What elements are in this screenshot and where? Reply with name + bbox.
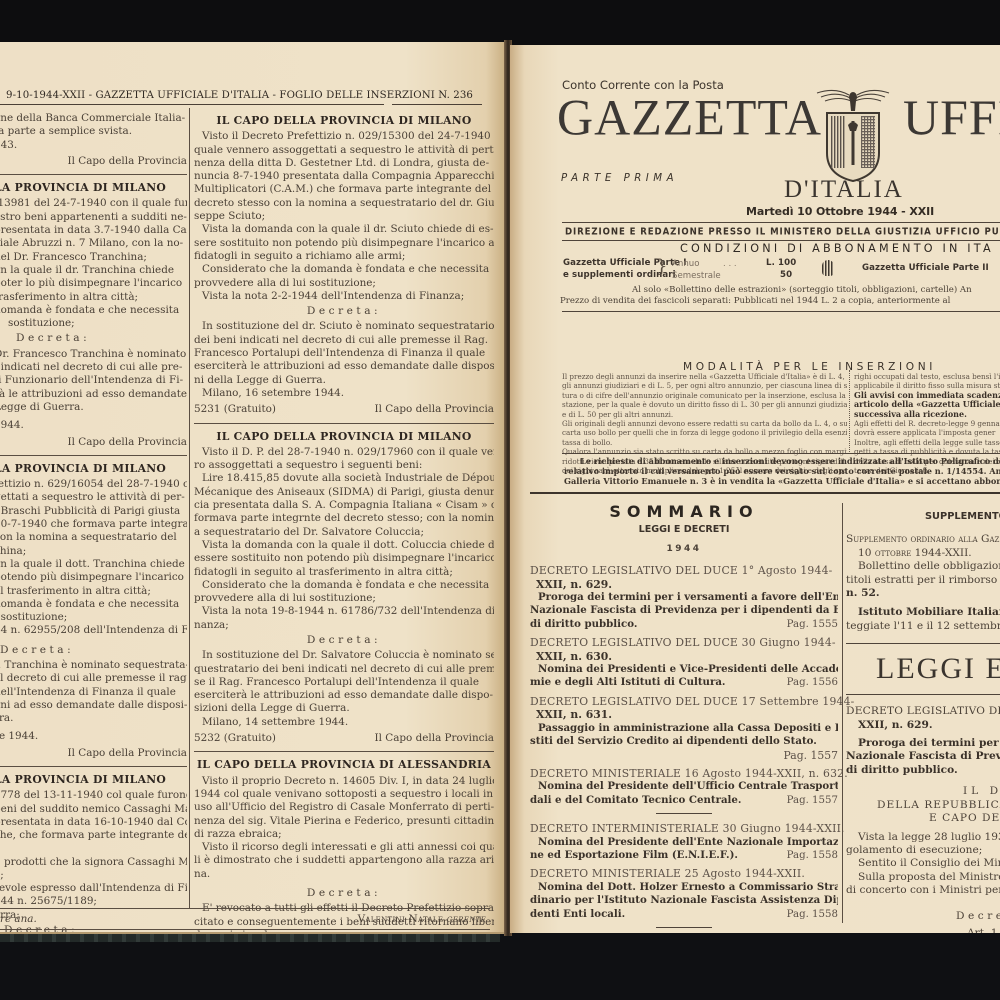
text-line: ro assoggettati a sequestro i seguenti b… xyxy=(194,459,494,472)
signature-row: Il Capo della Provincia xyxy=(0,747,187,760)
text-line: Supplemento ordinario alla Gaz xyxy=(846,533,1000,546)
text-line: 10-7-1940 che formava parte integran- xyxy=(0,518,187,531)
entry-last-line: mie e degli Alti Istituti di Cultura.Pag… xyxy=(530,676,838,689)
text-line: /13981 del 24-7-1940 con il quale furo- xyxy=(0,197,187,210)
text-line: ni della Legge di Guerra. xyxy=(194,374,494,387)
text-line: gettati a sequestro le attività di per- xyxy=(0,491,187,504)
notice-title: LA PROVINCIA DI MILANO xyxy=(0,462,187,475)
text-line: Inoltre, agli effetti della legge sulle … xyxy=(854,438,1000,447)
section-rule xyxy=(562,453,1000,454)
decreta-heading: Decreta: xyxy=(0,644,187,657)
text-line: di concerto con i Ministri per le xyxy=(846,884,1000,897)
semester-label: Semestrale xyxy=(672,271,721,281)
price-line: Prezzo di vendita dei fascicoli separati… xyxy=(560,296,950,306)
text-line: quale vennero assoggettati a sequestro l… xyxy=(194,144,494,157)
text-line: Vista la nota 2-2-1944 dell'Intendenza d… xyxy=(194,290,494,303)
left-column-b: IL CAPO DELLA PROVINCIA DI MILANO Visto … xyxy=(194,108,494,934)
text-line: Multiplicatori (C.A.M.) che formava part… xyxy=(194,183,494,196)
left-page: 9-10-1944-XXII - GAZZETTA UFFICIALE D'IT… xyxy=(0,42,506,934)
text-line: Le richieste di abbonamento e inserzioni… xyxy=(564,456,1000,466)
signature-row: Il Capo della Provincia xyxy=(0,436,187,449)
entry-heading: DECRETO MINISTERIALE 16 Agosto 1944-XXII… xyxy=(530,767,838,780)
laws-heading: LEGGI E D xyxy=(876,654,1000,684)
footer-rule xyxy=(0,929,42,930)
text-line: dovrà essere applicata l'imposta gener xyxy=(854,428,1000,437)
text-line: i indicati nel decreto di cui alle pre- xyxy=(0,361,187,374)
page-reference: Pag. 1558 xyxy=(787,908,838,921)
signature-row: Il Capo della Provincia xyxy=(0,155,187,168)
institute-name: Istituto Mobiliare Italiano: xyxy=(858,606,1000,618)
text-line: 943. xyxy=(0,139,187,152)
page-reference: Pag. 1557 xyxy=(530,749,838,762)
entry-number: XXII, n. 631. xyxy=(530,708,838,721)
entry-last-line: denti Enti locali.Pag. 1558 xyxy=(530,908,838,921)
text-line: Lire 18.415,85 dovute alla società Indus… xyxy=(194,472,494,485)
text-line: Vista la legge 28 luglio 1939-XV xyxy=(846,831,1000,844)
text-line: e di L. 50 per gli altri annunzi. xyxy=(562,410,847,419)
text-line: Galleria Vittorio Emanuele n. 3 è in ven… xyxy=(564,476,1000,486)
entry-text: Nomina del Presidente dell'Ufficio Centr… xyxy=(530,780,838,793)
section-rule xyxy=(846,643,1000,644)
entry-text: dinario per l'Istituto Nazionale Fascist… xyxy=(530,894,838,907)
entry-text: stiti del Servizio Credito ai dipendenti… xyxy=(530,735,838,748)
notice-date: Milano, 16 setembre 1944. xyxy=(194,387,494,400)
text-line: 1944 col quale venivano sottoposti a seq… xyxy=(194,788,494,801)
section-rule xyxy=(530,492,1000,494)
text-line: one della Banca Commerciale Italia- xyxy=(0,112,187,125)
footer-rule xyxy=(44,929,490,930)
semester-price: 50 xyxy=(780,270,792,280)
text-line: titoli estratti per il rimborso e xyxy=(846,574,1000,587)
text-line: nenza del sig. Vitale Pierina e Federico… xyxy=(194,815,494,828)
text-line: che, che formava parte integrante del xyxy=(0,829,187,842)
text-line: Sulla proposta del Ministro pe xyxy=(846,871,1000,884)
text-line: sizioni della Legge di Guerra. xyxy=(194,702,494,715)
toc-section: LEGGI E DECRETI xyxy=(530,523,838,536)
notice-date: re 1944. xyxy=(0,730,187,743)
text-line: estro beni appartenenti a sudditi ne- xyxy=(0,211,187,224)
column-divider xyxy=(842,503,843,923)
text-line: Vista la domanda con la quale il dott. C… xyxy=(194,539,494,552)
left-column-a: one della Banca Commerciale Italia- ta p… xyxy=(0,112,187,934)
fasces-icon xyxy=(822,260,834,276)
entry-last-line: ne ed Esportazione Film (E.N.I.E.F.).Pag… xyxy=(530,849,838,862)
text-line: Nazionale Fascista di Previdenza xyxy=(846,750,1000,763)
entry-text: Nomina del Dott. Holzer Ernesto a Commis… xyxy=(530,881,838,894)
text-line: Considerato che la domanda è fondata e c… xyxy=(194,579,494,592)
text-line: r. Tranchina è nominato sequestrata- xyxy=(0,659,187,672)
text-line: viale Abruzzi n. 7 Milano, con la no- xyxy=(0,237,187,250)
table-of-contents: SOMMARIO LEGGI E DECRETI 1944 DECRETO LE… xyxy=(530,500,838,933)
text-line: In sostituzione del Dr. Salvatore Colucc… xyxy=(194,649,494,662)
text-line: oni ad esso demandate dalle disposi- xyxy=(0,699,187,712)
text-line: dell'Intendenza di Finanza il quale xyxy=(0,686,187,699)
text-line: fidatogli in seguito al trasferimento in… xyxy=(194,566,494,579)
decreta-heading: Decreta: xyxy=(194,634,494,647)
text-line: Visto il Decreto Prefettizio n. 029/1530… xyxy=(194,130,494,143)
article-number: Art. 1. xyxy=(967,927,1000,933)
text-line: rra. xyxy=(0,712,187,725)
text-line: del Dr. Francesco Tranchina; xyxy=(0,251,187,264)
il-duce-heading: IL DU xyxy=(963,785,1000,798)
short-separator xyxy=(656,813,712,814)
subscription-title: CONDIZIONI DI ABBONAMENTO IN ITA xyxy=(680,242,994,255)
text-line: sostituzione; xyxy=(0,317,187,330)
signature-row: 5231 (Gratuito) Il Capo della Provincia xyxy=(194,403,494,416)
text-line: on la quale il dott. Tranchina chiede xyxy=(0,558,187,571)
toc-entry[interactable]: DECRETO LEGISLATIVO DEL DUCE 30 Giugno 1… xyxy=(530,636,838,690)
toc-entry[interactable]: DECRETO INTERMINISTERIALE 30 Giugno 1944… xyxy=(530,822,838,862)
text-line: golamento di esecuzione; xyxy=(846,844,1000,857)
text-line: rà le attribuzioni ad esso demandate xyxy=(0,388,187,401)
text-line: relativo importo il cui versamento può e… xyxy=(564,466,1000,476)
text-line: prodotti che la signora Cassaghi Ma- xyxy=(0,856,187,869)
text-line: Agli effetti del R. decreto-legge 9 genn… xyxy=(854,419,1000,428)
entry-text: di diritto pubblico. xyxy=(530,618,637,631)
text-line: domanda è fondata e che necessita xyxy=(0,598,187,611)
running-head-rule xyxy=(392,104,482,105)
text-line: dei beni indicati nel decreto di cui all… xyxy=(194,334,494,347)
decreta-heading: Decreta: xyxy=(194,887,494,900)
text-line xyxy=(0,843,187,856)
text-line: decreto stesso con la nomina a sequestra… xyxy=(194,197,494,210)
separator xyxy=(0,455,187,456)
leader-dots: . . . xyxy=(723,259,737,269)
notice-title: LA PROVINCIA DI MILANO xyxy=(0,181,187,194)
text-line: domanda è fondata e che necessita xyxy=(0,304,187,317)
text-line: nenza della ditta D. Gestetner Ltd. di L… xyxy=(194,157,494,170)
text-line: n. 52. xyxy=(846,587,1000,600)
subscription-requests-notice: Le richieste di abbonamento e inserzioni… xyxy=(564,456,1000,487)
entry-number: XXII, n. 629. xyxy=(530,578,838,591)
text-line: ta parte a semplice svista. xyxy=(0,125,187,138)
entry-heading: DECRETO LEGISLATIVO DEL DUCE 1° Agosto 1… xyxy=(530,564,838,577)
text-line: fettizio n. 629/16054 del 28-7-1940 con xyxy=(0,478,187,491)
text-line: poter lo più disimpegnare l'incarico xyxy=(0,277,187,290)
entry-number: XXII, n. 630. xyxy=(530,650,838,663)
text-line: el decreto di cui alle premesse il rag. xyxy=(0,672,187,685)
text-line: ti Funzionario dell'Intendenza di Fi- xyxy=(0,374,187,387)
page-reference: Pag. 1556 xyxy=(787,676,838,689)
text-line: 6778 del 13-11-1940 col quale furono as- xyxy=(0,789,187,802)
entry-text: Nomina dei Presidenti e Vice-Presidenti … xyxy=(530,663,838,676)
entry-text: Nazionale Fascista di Previdenza per i d… xyxy=(530,604,838,617)
signature: Il Capo della Provincia xyxy=(68,436,187,449)
text-line: seppe Sciuto; xyxy=(194,210,494,223)
entry-text: Nomina del Presidente dell'Ente Nazional… xyxy=(530,836,838,849)
text-line: righi occupati dal testo, esclusa bensì … xyxy=(854,372,1000,381)
signature: Il Capo della Provincia xyxy=(68,155,187,168)
insertions-divider xyxy=(849,370,850,452)
entry-text: ne ed Esportazione Film (E.N.I.E.F.). xyxy=(530,849,738,862)
entry-text: dali e del Comitato Tecnico Centrale. xyxy=(530,794,741,807)
footer-rule xyxy=(0,908,490,909)
running-head-rule xyxy=(0,104,384,105)
text-line: uso all'Ufficio del Registro di Casale M… xyxy=(194,801,494,814)
section-rule xyxy=(562,240,1000,241)
text-line: trasferimento in altra città; xyxy=(0,291,187,304)
notice-title: IL CAPO DELLA PROVINCIA DI MILANO xyxy=(194,430,494,443)
text-line: provvedere alla di lui sostituzione; xyxy=(194,277,494,290)
text-line: china; xyxy=(0,545,187,558)
entry-text: Proroga dei termini per i versamenti a f… xyxy=(530,591,838,604)
republic-heading: DELLA REPUBBLICA SO xyxy=(877,799,1000,812)
toc-entry[interactable]: DECRETO LEGISLATIVO DEL DUCE 1° Agosto 1… xyxy=(530,564,838,631)
text-line: na. xyxy=(194,868,494,881)
entry-heading: DECRETO LEGISLATIVO DEL DUCE 30 Giugno 1… xyxy=(530,636,838,649)
footer-fragment: re ana. xyxy=(0,913,37,925)
text-line: presentata in data 16-10-1940 dal Con- xyxy=(0,816,187,829)
gerente-credit: Valentini Natale gerente xyxy=(358,913,486,925)
coat-of-arms-icon xyxy=(813,83,893,183)
separator xyxy=(0,174,187,175)
right-page: Conto Corrente con la Posta GAZZETTA UFF… xyxy=(510,45,1000,933)
text-line: successiva alla ricezione. xyxy=(854,410,1000,419)
text-line: beni del suddito nemico Cassaghi Ma- xyxy=(0,803,187,816)
issue-date: Martedì 10 Ottobre 1944 - XXII xyxy=(746,205,934,218)
text-line: sere sostituito non potendo più disimpeg… xyxy=(194,237,494,250)
insertion-number: 5232 (Gratuito) xyxy=(194,732,276,745)
text-line: 44 n. 62955/208 dell'Intendenza di Fi- xyxy=(0,624,187,637)
part-label: PARTE PRIMA xyxy=(561,173,678,184)
text-line: Legge di Guerra. xyxy=(0,401,187,414)
text-line: In sostituzione del dr. Sciuto è nominat… xyxy=(194,320,494,333)
text-line: provvedere alla di lui sostituzione; xyxy=(194,592,494,605)
head-of-government-heading: E CAPO DEL G xyxy=(929,812,1000,825)
right-column: SUPPLEMENTO Supplemento ordinario alla G… xyxy=(846,500,1000,933)
direction-line: DIREZIONE E REDAZIONE PRESSO IL MINISTER… xyxy=(565,226,1000,238)
entry-text: Passaggio in amministrazione alla Cassa … xyxy=(530,722,838,735)
text-line: gli annunzi giudiziari e di L. 5, per og… xyxy=(562,381,847,390)
text-line: li è dimostrato che i suddetti apparteng… xyxy=(194,854,494,867)
toc-title: SOMMARIO xyxy=(530,505,838,518)
toc-year: 1944 xyxy=(530,543,838,556)
entry-heading: DECRETO MINISTERIALE 25 Agosto 1944-XXII… xyxy=(530,867,838,880)
text-line: Visto il D. P. del 28-7-1940 n. 029/1796… xyxy=(194,446,494,459)
signature-row: 5232 (Gratuito) Il Capo della Provincia xyxy=(194,732,494,745)
separator xyxy=(194,423,494,424)
text-line: nanza; xyxy=(194,619,494,632)
subscription-label: Gazzetta Ufficiale Parte I xyxy=(563,258,687,268)
masthead-subtitle: D'ITALIA xyxy=(784,176,904,204)
text-line: nuncia 8-7-1940 presentata dalla Compagn… xyxy=(194,170,494,183)
text-line: teggiate l'11 e il 12 settembre 1 xyxy=(846,620,1000,633)
text-line: cia presentata dalla S. A. Compagnia Ita… xyxy=(194,499,494,512)
text-line: presentata in data 3.7-1940 dalla Casa xyxy=(0,224,187,237)
text-line: Vista la domanda con la quale il dr. Sci… xyxy=(194,223,494,236)
text-line: Bollettino delle obbligazioni, xyxy=(846,560,1000,573)
text-line: Proroga dei termini per i ver xyxy=(846,737,1000,750)
text-line: Mécanique des Aniseaux (SIDMA) di Parigi… xyxy=(194,486,494,499)
text-line: eserciterà le attribuzioni ad esso deman… xyxy=(194,689,494,702)
masthead-title-continued: UFFI xyxy=(903,92,1000,142)
separator xyxy=(194,751,494,752)
text-line: Considerato che la domanda è fondata e c… xyxy=(194,263,494,276)
text-line: tura o di cifre dell'annunzio originale … xyxy=(562,391,847,400)
text-line: eserciterà le attribuzioni ad esso deman… xyxy=(194,360,494,373)
text-line: al trasferimento in altra città; xyxy=(0,585,187,598)
text-line: questratario dei beni indicati nel decre… xyxy=(194,663,494,676)
entry-last-line: dali e del Comitato Tecnico Centrale.Pag… xyxy=(530,794,838,807)
toc-entry[interactable]: DECRETO MINISTERIALE 16 Agosto 1944-XXII… xyxy=(530,767,838,807)
text-line: Gli originali degli annunzi devono esser… xyxy=(562,419,847,428)
short-separator xyxy=(656,927,712,928)
text-line: 10 ottobre 1944-XXII. xyxy=(846,547,1000,560)
decree-number: XXII, n. 629. xyxy=(846,719,1000,732)
masthead-title: GAZZETTA xyxy=(557,92,822,143)
text-line: di diritto pubblico. xyxy=(846,764,1000,777)
annual-price: L. 100 xyxy=(766,258,796,268)
column-divider xyxy=(189,108,190,908)
signature: Il Capo della Provincia xyxy=(68,747,187,760)
supplement-title: SUPPLEMENTO xyxy=(925,510,1000,523)
decreta-heading: Decreta: xyxy=(194,305,494,318)
text-line: fidatogli in seguito a richiamo alle arm… xyxy=(194,250,494,263)
gerente-role: gerente xyxy=(447,913,486,925)
text-line: formava parte integrnte del decreto stes… xyxy=(194,512,494,525)
page-reference: Pag. 1557 xyxy=(787,794,838,807)
notice-title: IL CAPO DELLA PROVINCIA DI ALESSANDRIA xyxy=(194,758,494,771)
book-binding xyxy=(0,932,1000,1000)
entry-heading: DECRETO INTERMINISTERIALE 30 Giugno 1944… xyxy=(530,822,838,835)
text-line: Vista la nota 19-8-1944 n. 61786/732 del… xyxy=(194,605,494,618)
text-line: Francesco Portalupi dell'Intendenza di F… xyxy=(194,347,494,360)
bollettino-line: Al solo «Bollettino delle estrazioni» (s… xyxy=(632,285,972,295)
text-line: on la quale il dr. Tranchina chiede xyxy=(0,264,187,277)
page-reference: Pag. 1555 xyxy=(787,618,838,631)
annual-label: Annuo xyxy=(672,259,699,269)
separator xyxy=(0,766,187,767)
running-head: 9-10-1944-XXII - GAZZETTA UFFICIALE D'IT… xyxy=(6,90,390,101)
masthead-rule xyxy=(562,222,1000,223)
notice-date: 1944. xyxy=(0,419,187,432)
binding-cloth-stripe xyxy=(0,934,500,942)
text-line: revole espresso dall'Intendenza di Fi- xyxy=(0,882,187,895)
section-rule xyxy=(562,311,1000,312)
text-line: Istituto Mobiliare Italiano: El xyxy=(846,606,1000,619)
text-line: di razza ebraica; xyxy=(194,828,494,841)
printer-credit: Istituto Poligrafico dello Stato xyxy=(114,933,264,934)
text-line: a; xyxy=(0,869,187,882)
text-line: potendo più disimpegnare l'incarico xyxy=(0,571,187,584)
text-line: con la nomina a sequestratario del xyxy=(0,531,187,544)
text-line: 944 n. 25675/1189; xyxy=(0,895,187,908)
section-rule xyxy=(846,694,1000,695)
brace: } xyxy=(656,258,667,276)
text-line: Visto il proprio Decreto n. 14605 Div. I… xyxy=(194,775,494,788)
text-line: Sentito il Consiglio dei Mini xyxy=(846,857,1000,870)
text-line: Dr. Francesco Tranchina è nominato xyxy=(0,348,187,361)
text-line: Il prezzo degli annunzi da inserire nell… xyxy=(562,372,847,381)
decree-heading: DECRETO LEGISLATIVO DE xyxy=(846,705,1000,718)
entry-text: denti Enti locali. xyxy=(530,908,625,921)
gerente-name: Valentini Natale xyxy=(358,913,444,925)
entry-heading: DECRETO LEGISLATIVO DEL DUCE 17 Settembr… xyxy=(530,695,838,708)
subscription-label-part2: Gazzetta Ufficiale Parte II xyxy=(862,263,989,273)
notice-title: LA PROVINCIA DI MILANO xyxy=(0,773,187,786)
text-line: stazione, per la quale è dovuto un dirit… xyxy=(562,400,847,409)
signature: Il Capo della Provincia xyxy=(375,732,494,745)
decreta-heading: Decreta: xyxy=(0,332,187,345)
text-line: Visto il ricorso degli interessati e gli… xyxy=(194,841,494,854)
text-line: tassa di bollo. xyxy=(562,438,847,447)
signature: Il Capo della Provincia xyxy=(375,403,494,416)
toc-entry[interactable]: DECRETO LEGISLATIVO DEL DUCE 17 Settembr… xyxy=(530,695,838,762)
text-line: carta uso bollo per quelli che in forza … xyxy=(562,428,847,437)
text-line: a sequestratario del Dr. Salvatore Coluc… xyxy=(194,526,494,539)
text-line: se il Rag. Francesco Portalupi dell'Inte… xyxy=(194,676,494,689)
entry-last-line: di diritto pubblico.Pag. 1555 xyxy=(530,618,838,631)
toc-entry[interactable]: DECRETO MINISTERIALE 25 Agosto 1944-XXII… xyxy=(530,867,838,921)
text-line: essere sostituito non potendo più disimp… xyxy=(194,552,494,565)
notice-date: Milano, 14 settembre 1944. xyxy=(194,716,494,729)
text-line: . Braschi Pubblicità di Parigi giusta xyxy=(0,505,187,518)
entry-text: mie e degli Alti Istituti di Cultura. xyxy=(530,676,725,689)
decreta-heading: Decret xyxy=(956,910,1000,923)
insertion-number: 5231 (Gratuito) xyxy=(194,403,276,416)
page-reference: Pag. 1558 xyxy=(787,849,838,862)
text-line: i sostituzione; xyxy=(0,611,187,624)
notice-title: IL CAPO DELLA PROVINCIA DI MILANO xyxy=(194,114,494,127)
